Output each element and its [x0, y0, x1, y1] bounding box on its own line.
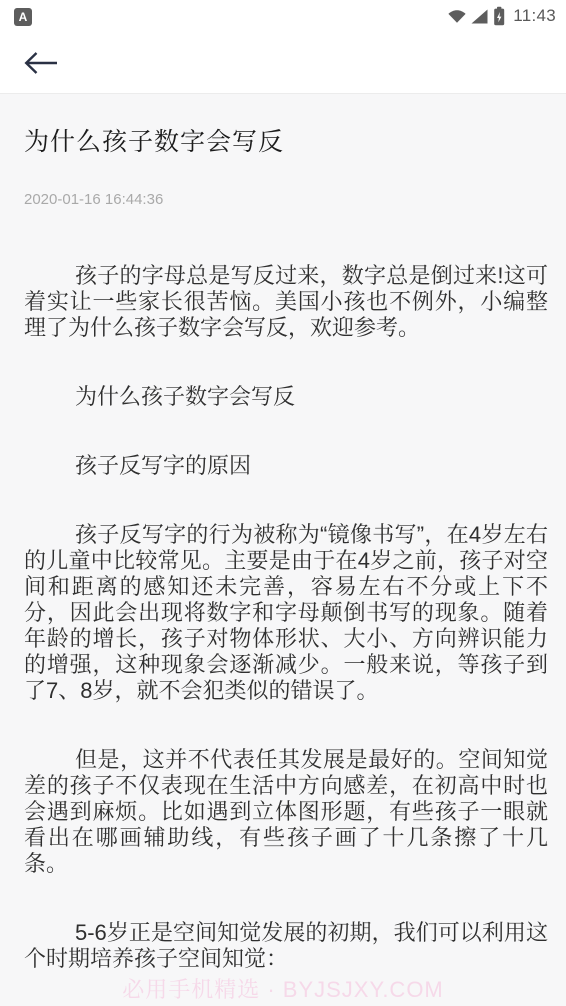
watermark-text: 必用手机精选 · BYJSJXY.COM — [0, 973, 566, 1004]
article-title: 为什么孩子数字会写反 — [24, 125, 548, 159]
article-paragraph: 但是，这并不代表任其发展是最好的。空间知觉差的孩子不仅表现在生活中方向感差，在初… — [24, 747, 548, 877]
wifi-icon — [448, 9, 466, 24]
cellular-signal-icon — [471, 9, 488, 24]
notification-app-icon-letter: A — [19, 10, 28, 24]
phone-screen: A 11:43 为什么孩子数字会写反 202 — [0, 0, 566, 1006]
article-timestamp: 2020-01-16 16:44:36 — [24, 191, 548, 208]
article-paragraph: 孩子的字母总是写反过来，数字总是倒过来!这可着实让一些家长很苦恼。美国小孩也不例… — [24, 263, 548, 341]
article-paragraph: 孩子反写字的行为被称为“镜像书写”，在4岁左右的儿童中比较常见。主要是由于在4岁… — [24, 522, 548, 704]
back-button[interactable] — [20, 48, 62, 78]
notification-app-icon: A — [14, 8, 32, 26]
battery-charging-icon — [493, 6, 505, 26]
app-bar — [0, 32, 566, 94]
article-paragraph: 5-6岁正是空间知觉发展的初期，我们可以利用这个时期培养孩子空间知觉： — [24, 920, 548, 972]
article-subheading: 孩子反写字的原因 — [24, 453, 548, 479]
status-bar: A 11:43 — [0, 0, 566, 32]
article-subheading: 为什么孩子数字会写反 — [24, 384, 548, 410]
article-content: 为什么孩子数字会写反 2020-01-16 16:44:36 孩子的字母总是写反… — [0, 95, 566, 1006]
status-icons: 11:43 — [448, 6, 556, 26]
back-arrow-icon — [22, 50, 60, 76]
status-time: 11:43 — [513, 6, 556, 26]
